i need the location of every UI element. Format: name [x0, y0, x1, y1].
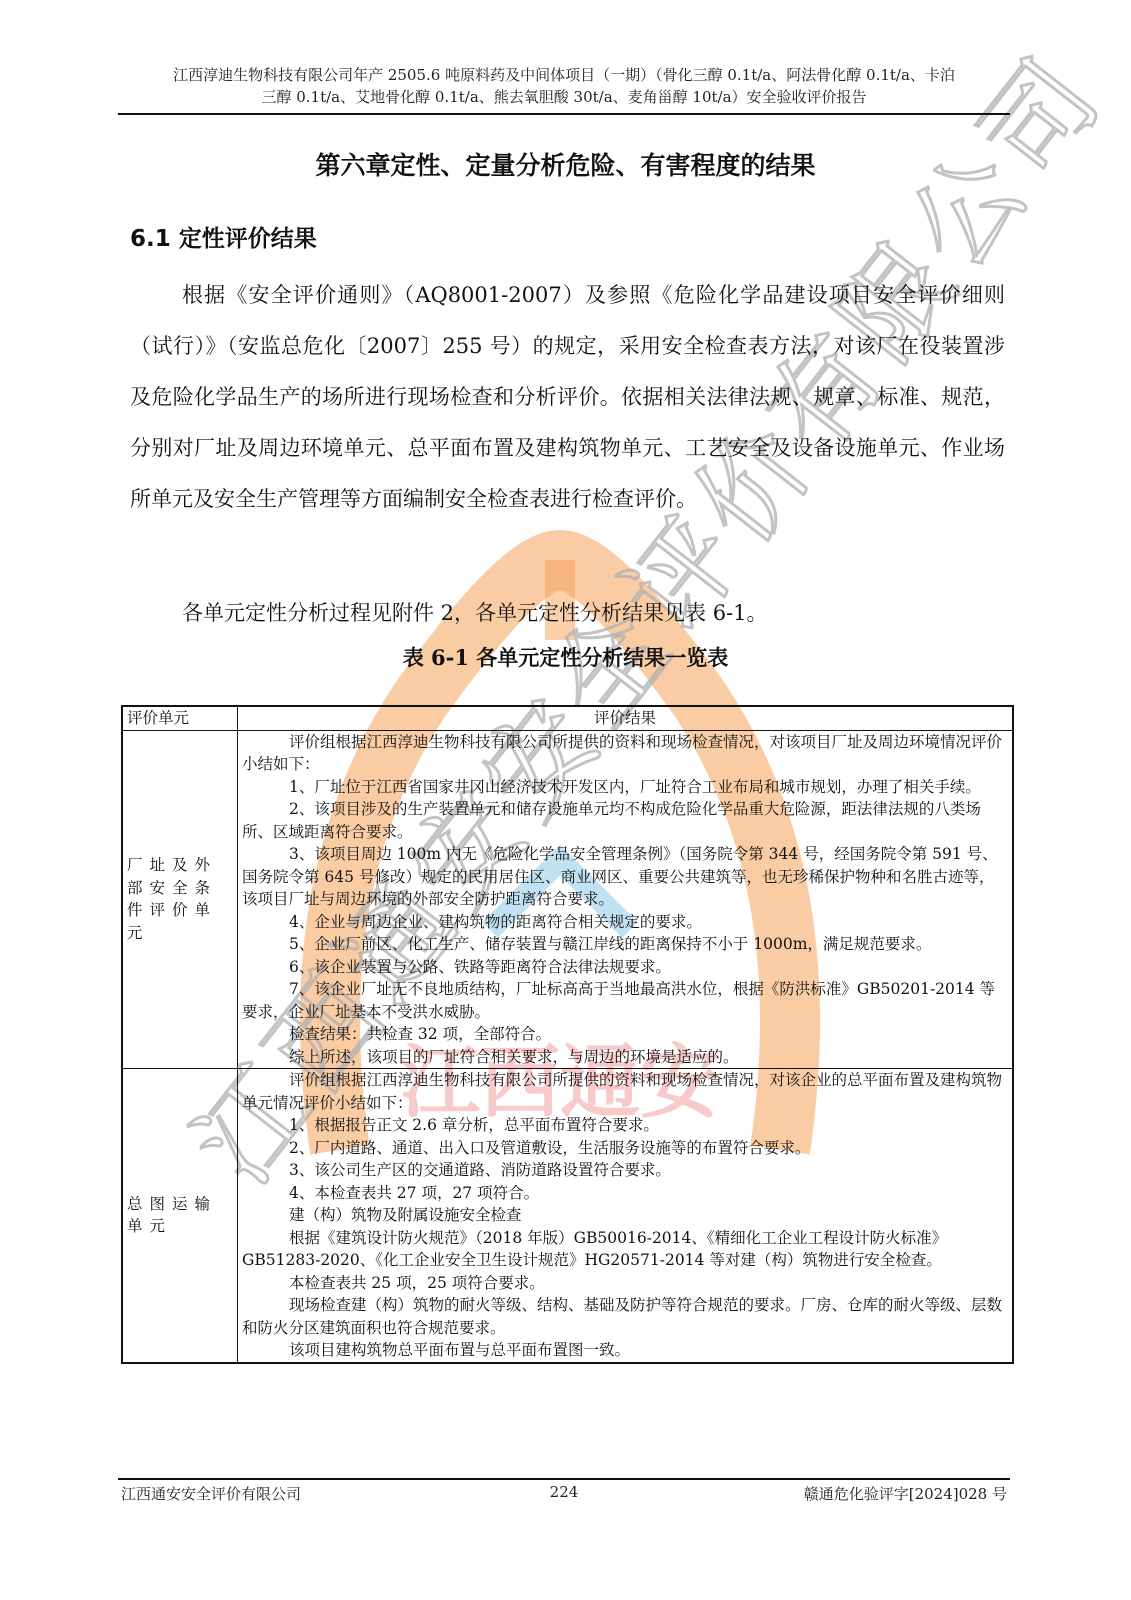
result-line: 4、企业与周边企业、建构筑物的距离符合相关规定的要求。 [242, 911, 1008, 934]
result-line: 7、该企业厂址无不良地质结构，厂址标高高于当地最高洪水位，根据《防洪标准》GB5… [242, 978, 1008, 1023]
header-line-1: 江西淳迪生物科技有限公司年产 2505.6 吨原料药及中间体项目（一期）（骨化三… [118, 64, 1010, 86]
result-line: 2、该项目涉及的生产装置单元和储存设施单元均不构成危险化学品重大危险源，距法律法… [242, 798, 1008, 843]
table-caption: 表 6-1 各单元定性分析结果一览表 [0, 642, 1131, 672]
result-line: 评价组根据江西淳迪生物科技有限公司所提供的资料和现场检查情况，对该企业的总平面布… [242, 1069, 1008, 1114]
running-header: 江西淳迪生物科技有限公司年产 2505.6 吨原料药及中间体项目（一期）（骨化三… [118, 64, 1010, 108]
result-line: 建（构）筑物及附属设施安全检查 [242, 1204, 1008, 1227]
result-cell: 评价组根据江西淳迪生物科技有限公司所提供的资料和现场检查情况，对该企业的总平面布… [238, 1069, 1014, 1363]
header-unit: 评价单元 [122, 706, 238, 730]
document-page: 江西通安 江西通安安全评价有限公司 江西淳迪生物科技有限公司年产 2505.6 … [0, 0, 1131, 1600]
result-line: 评价组根据江西淳迪生物科技有限公司所提供的资料和现场检查情况，对该项目厂址及周边… [242, 731, 1008, 776]
result-line: 综上所述，该项目的厂址符合相关要求，与周边的环境是适应的。 [242, 1046, 1008, 1069]
result-line: 本检查表共 25 项，25 项符合要求。 [242, 1272, 1008, 1295]
table-header-row: 评价单元 评价结果 [122, 706, 1013, 730]
table-row: 厂址及外部安全条件评价单元 评价组根据江西淳迪生物科技有限公司所提供的资料和现场… [122, 730, 1013, 1069]
result-line: 1、根据报告正文 2.6 章分析，总平面布置符合要求。 [242, 1114, 1008, 1137]
result-line: 1、厂址位于江西省国家井冈山经济技术开发区内，厂址符合工业布局和城市规划，办理了… [242, 776, 1008, 799]
result-line: 现场检查建（构）筑物的耐火等级、结构、基础及防护等符合规范的要求。厂房、仓库的耐… [242, 1294, 1008, 1339]
result-line: 检查结果：共检查 32 项，全部符合。 [242, 1023, 1008, 1046]
header-line-2: 三醇 0.1t/a、艾地骨化醇 0.1t/a、熊去氧胆酸 30t/a、麦角甾醇 … [118, 86, 1010, 108]
result-line: 2、厂内道路、通道、出入口及管道敷设，生活服务设施等的布置符合要求。 [242, 1137, 1008, 1160]
header-divider [118, 113, 1010, 115]
chapter-title: 第六章定性、定量分析危险、有害程度的结果 [0, 146, 1131, 182]
result-line: 3、该项目周边 100m 内无《危险化学品安全管理条例》（国务院令第 344 号… [242, 843, 1008, 911]
header-result: 评价结果 [238, 706, 1014, 730]
result-cell: 评价组根据江西淳迪生物科技有限公司所提供的资料和现场检查情况，对该项目厂址及周边… [238, 730, 1014, 1069]
result-line: 3、该公司生产区的交通道路、消防道路设置符合要求。 [242, 1159, 1008, 1182]
result-line: 6、该企业装置与公路、铁路等距离符合法律法规要求。 [242, 956, 1008, 979]
footer-doc-number: 赣通危化验评字[2024]028 号 [804, 1483, 1007, 1504]
unit-cell: 总图运输单元 [122, 1069, 238, 1363]
table-row: 总图运输单元 评价组根据江西淳迪生物科技有限公司所提供的资料和现场检查情况，对该… [122, 1069, 1013, 1363]
unit-cell: 厂址及外部安全条件评价单元 [122, 730, 238, 1069]
result-line: 该项目建构筑物总平面布置与总平面布置图一致。 [242, 1339, 1008, 1362]
section-title: 6.1 定性评价结果 [130, 220, 317, 253]
body-paragraph-1: 根据《安全评价通则》（AQ8001-2007）及参照《危险化学品建设项目安全评价… [130, 270, 1005, 525]
result-line: 根据《建筑设计防火规范》（2018 年版）GB50016-2014、《精细化工企… [242, 1227, 1008, 1272]
result-line: 5、企业厂前区、化工生产、储存装置与赣江岸线的距离保持不小于 1000m，满足规… [242, 933, 1008, 956]
result-line: 4、本检查表共 27 项，27 项符合。 [242, 1182, 1008, 1205]
body-paragraph-2: 各单元定性分析过程见附件 2，各单元定性分析结果见表 6-1。 [130, 588, 1005, 639]
results-table: 评价单元 评价结果 厂址及外部安全条件评价单元 评价组根据江西淳迪生物科技有限公… [121, 705, 1014, 1364]
footer-divider [118, 1478, 1010, 1480]
